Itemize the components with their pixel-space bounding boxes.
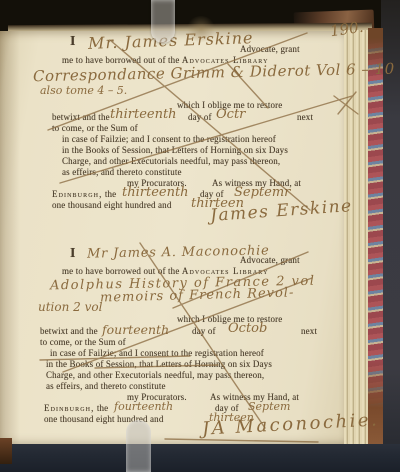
printed-pronoun: I [70, 34, 76, 50]
printed-edinburgh: Edinburgh, the [44, 403, 108, 413]
printed-next: next [297, 112, 313, 122]
printed-effeirs: as effeirs, and thereto constitute [62, 167, 182, 177]
marbled-edge-bottom-shade [368, 360, 383, 446]
book-title-3: ution 2 vol [38, 300, 102, 314]
printed-books: in the Books of Session, that Letters of… [46, 359, 272, 369]
printed-grant: Advocate, grant [240, 255, 300, 265]
return-month: Octr [216, 107, 245, 122]
the-text: the [97, 403, 108, 413]
printed-effeirs: as effeirs, and thereto constitute [46, 381, 166, 391]
printed-charge: Charge, and other Executorials needful, … [62, 156, 280, 166]
edinburgh-text: Edinburgh, [52, 189, 102, 199]
printed-betwixt: betwixt and the [52, 112, 110, 122]
ledger-page-photo: 190. I Mr. James Erskine Advocate, grant… [0, 0, 400, 472]
printed-sum: to come, or the Sum of [52, 123, 138, 133]
printed-grant: Advocate, grant [240, 44, 300, 54]
return-month: Octob [228, 321, 267, 336]
edinburgh-text: Edinburgh, [44, 403, 94, 413]
return-day: fourteenth [102, 322, 169, 337]
printed-sum: to come, or the Sum of [40, 337, 126, 347]
sign-month: Septem [248, 400, 290, 413]
book-note: also tome 4 – 5. [40, 84, 127, 97]
borrowed-text: me to have borrowed out of the [62, 266, 179, 276]
return-day: thirteenth [110, 107, 177, 122]
printed-edinburgh: Edinburgh, the [52, 189, 116, 199]
printed-failzie: in case of Failzie; and I consent to the… [50, 348, 264, 358]
background-bottom-leather [0, 444, 400, 472]
page-holder-clip-top [151, 0, 175, 43]
printed-next: next [301, 326, 317, 336]
printed-day-of: day of [192, 326, 216, 336]
printed-books: in the Books of Session, that Letters of… [62, 145, 288, 155]
printed-day-of: day of [188, 112, 212, 122]
page-stack-right-edge [344, 30, 368, 445]
printed-year: one thousand eight hundred and [52, 200, 171, 210]
printed-charge: Charge, and other Executorials needful, … [46, 370, 264, 380]
sign-day: thirteenth [122, 185, 189, 200]
printed-betwixt: betwixt and the [40, 326, 98, 336]
the-text: the [105, 189, 116, 199]
printed-failzie: in case of Failzie; and I consent to the… [62, 134, 276, 144]
page-gutter-shadow [0, 31, 20, 445]
printed-pronoun: I [70, 246, 76, 262]
page-holder-clip-bottom [126, 420, 151, 472]
book-corner-bottom-left [0, 438, 12, 464]
sign-day: fourteenth [114, 400, 173, 413]
